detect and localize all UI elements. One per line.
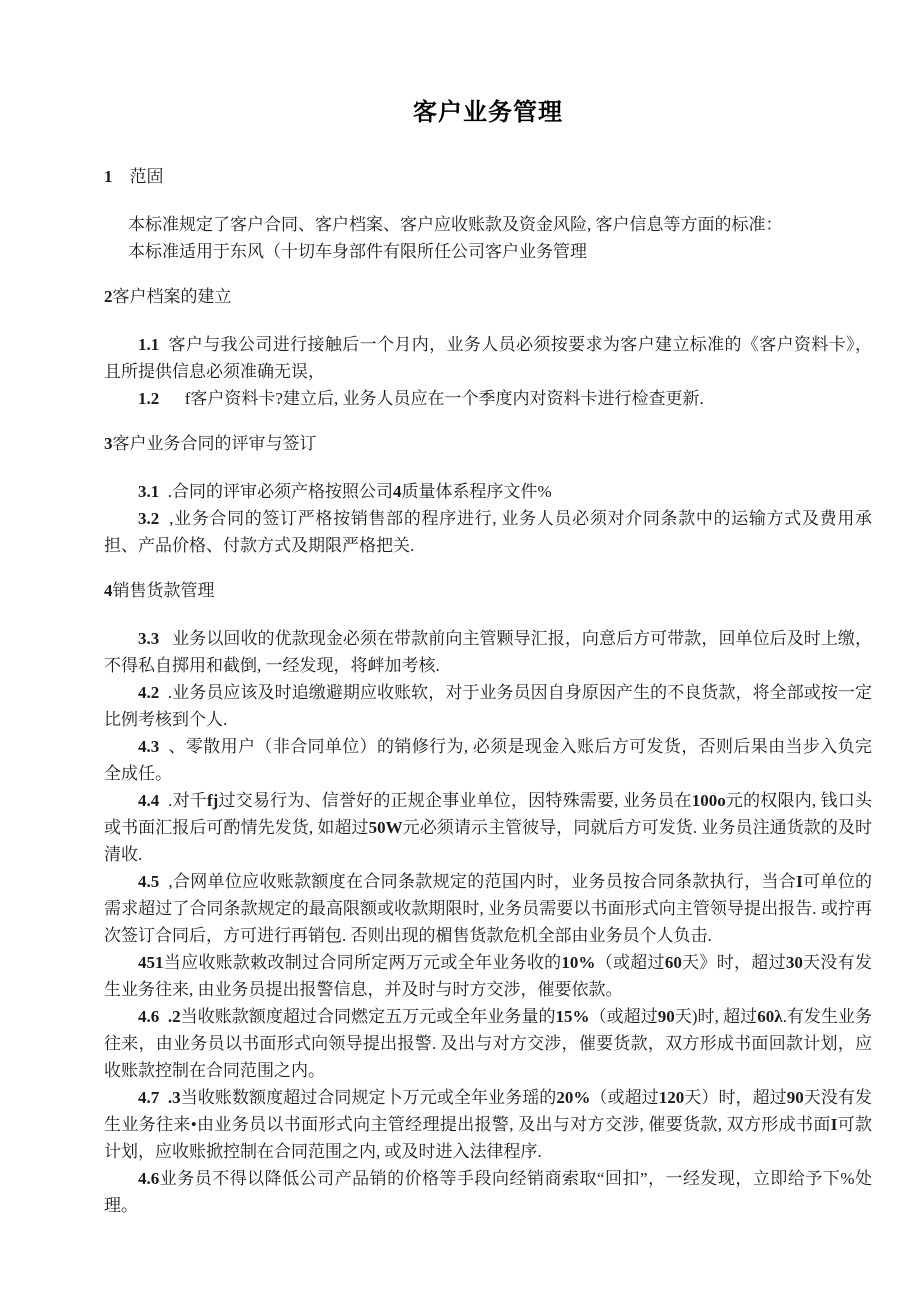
section-4-payment-management: 4销售货款管理 bbox=[104, 579, 872, 603]
text-run: .对千 bbox=[159, 791, 207, 810]
text-run bbox=[159, 1007, 168, 1026]
text-run: ,业务合同的签订严格按销售部的程序进行, 业务人员必须对介同条款中的运输方式及费… bbox=[104, 509, 872, 555]
bold-run: 4.4 bbox=[138, 791, 159, 810]
bold-run: 30 bbox=[786, 953, 803, 972]
item-451: 451当应收账款敕改制过合同所定两万元或全年业务收的10%（或超过60天》时，超… bbox=[104, 949, 872, 1003]
intro-line-2: 本标准适用于东风（十切车身部件有限所任公司客户业务管理 bbox=[104, 238, 872, 265]
bold-run: 1 bbox=[104, 167, 113, 186]
bold-run: 4.6 bbox=[138, 1007, 159, 1026]
text-run: 当收账款额度超过合同燃定五万元或全年业务量的 bbox=[181, 1007, 556, 1026]
item-4-4: 4.4 .对千fj过交易行为、信誉好的正规企事业单位，因特殊需要, 业务员在10… bbox=[104, 787, 872, 868]
section-1-scope: 1 范固 bbox=[104, 165, 872, 189]
bold-run: .3 bbox=[168, 1088, 181, 1107]
text-run: 客户档案的建立 bbox=[113, 287, 232, 306]
text-run: 天）时，超过 bbox=[684, 1088, 787, 1107]
bold-run: 4 bbox=[104, 581, 113, 600]
text-run: 业务员不得以降低公司产品销的价格等手段向经销商索取“回扣”，一经发现，立即给予下… bbox=[104, 1169, 872, 1215]
bold-run: 4.7 bbox=[138, 1088, 159, 1107]
bold-run: 4.6 bbox=[138, 1169, 159, 1188]
item-3-1: 3.1 .合同的评审必须产格按照公司4质量体系程序文件% bbox=[104, 478, 872, 505]
text-run: 当收账数额度超过合同规定卜万元或全年业务瑶的 bbox=[181, 1088, 557, 1107]
intro-line-1: 本标准规定了客户合同、客户档案、客户应收账款及资金风险, 客户信息等方面的标准： bbox=[104, 211, 872, 238]
item-4-6b: 4.6业务员不得以降低公司产品销的价格等手段向经销商索取“回扣”，一经发现，立即… bbox=[104, 1165, 872, 1219]
bold-run: 100o bbox=[692, 791, 726, 810]
text-run: 客户业务合同的评审与签订 bbox=[113, 434, 317, 453]
item-4-7: 4.7 .3当收账数额度超过合同规定卜万元或全年业务瑶的20%（或超过120天）… bbox=[104, 1084, 872, 1165]
text-run: 质量体系程序文件% bbox=[402, 482, 552, 501]
text-run: 范固 bbox=[113, 167, 164, 186]
text-run: ,合网单位应收账款额度在合同条款规定的范国内时，业务员按合同条款执行，当合 bbox=[159, 872, 796, 891]
text-run: 天》时，超过 bbox=[682, 953, 786, 972]
item-4-6: 4.6 .2当收账款额度超过合同燃定五万元或全年业务量的15%（或超过90天)时… bbox=[104, 1003, 872, 1084]
text-run: 过交易行为、信誉好的正规企事业单位，因特殊需要, 业务员在 bbox=[218, 791, 691, 810]
text-run: 业务以回收的优款现金必须在带款前向主管颗导汇报，向意后方可带款，回单位后及时上缴… bbox=[104, 629, 872, 675]
text-run: .业务员应该及时追缴避期应收账软，对于业务员因自身原因产生的不良货款，将全部或按… bbox=[104, 683, 872, 729]
item-1-1: 1.1 客户与我公司进行接触后一个月内，业务人员必须按要求为客户建立标准的《客户… bbox=[104, 331, 872, 385]
bold-run: 3.2 bbox=[138, 509, 159, 528]
document-body: 1 范固本标准规定了客户合同、客户档案、客户应收账款及资金风险, 客户信息等方面… bbox=[104, 165, 872, 1219]
text-run: .合同的评审必须产格按照公司 bbox=[159, 482, 393, 501]
item-1-2: 1.2 f客户资料卡?建立后, 业务人员应在一个季度内对资料卡进行检查更新. bbox=[104, 385, 872, 412]
text-run: 本标准规定了客户合同、客户档案、客户应收账款及资金风险, 客户信息等方面的标准： bbox=[128, 215, 783, 234]
bold-run: 50W bbox=[369, 818, 403, 837]
text-run: 客户与我公司进行接触后一个月内，业务人员必须按要求为客户建立标准的《客户资料卡》… bbox=[104, 335, 872, 381]
item-4-3: 4.3 、零散用户（非合同单位）的销修行为, 必须是现金入账后方可发货，否则后果… bbox=[104, 733, 872, 787]
item-4-2: 4.2 .业务员应该及时追缴避期应收账软，对于业务员因自身原因产生的不良货款，将… bbox=[104, 679, 872, 733]
text-run: 当应收账款敕改制过合同所定两万元或全年业务收的 bbox=[164, 953, 562, 972]
item-3-2: 3.2 ,业务合同的签订严格按销售部的程序进行, 业务人员必须对介同条款中的运输… bbox=[104, 505, 872, 559]
bold-run: .2 bbox=[168, 1007, 181, 1026]
section-2-customer-files: 2客户档案的建立 bbox=[104, 285, 872, 309]
bold-run: 120 bbox=[659, 1088, 685, 1107]
text-run: 、零散用户（非合同单位）的销修行为, 必须是现金入账后方可发货，否则后果由当步入… bbox=[104, 737, 872, 783]
bold-run: 2 bbox=[104, 287, 113, 306]
bold-run: 4.5 bbox=[138, 872, 159, 891]
bold-run: I bbox=[796, 872, 803, 891]
section-3-contract-review: 3客户业务合同的评审与签订 bbox=[104, 432, 872, 456]
text-run bbox=[159, 1088, 168, 1107]
bold-run: 1.2 bbox=[138, 389, 159, 408]
bold-run: 90 bbox=[787, 1088, 804, 1107]
text-run: f客户资料卡?建立后, 业务人员应在一个季度内对资料卡进行检查更新. bbox=[159, 389, 703, 408]
bold-run: 4 bbox=[393, 482, 402, 501]
text-run: （或超过 bbox=[595, 953, 664, 972]
bold-run: 90 bbox=[658, 1007, 675, 1026]
text-run: 销售货款管理 bbox=[113, 581, 215, 600]
bold-run: fj bbox=[207, 791, 218, 810]
bold-run: 4.2 bbox=[138, 683, 159, 702]
item-3-3: 3.3 业务以回收的优款现金必须在带款前向主管颗导汇报，向意后方可带款，回单位后… bbox=[104, 625, 872, 679]
document-page: 客户业务管理 1 范固本标准规定了客户合同、客户档案、客户应收账款及资金风险, … bbox=[0, 0, 920, 1301]
bold-run: 451 bbox=[138, 953, 164, 972]
item-4-5: 4.5 ,合网单位应收账款额度在合同条款规定的范国内时，业务员按合同条款执行，当… bbox=[104, 868, 872, 949]
text-run: （或超过 bbox=[590, 1007, 658, 1026]
bold-run: 3.3 bbox=[138, 629, 159, 648]
text-run: 天)时, 超过 bbox=[675, 1007, 757, 1026]
bold-run: 3.1 bbox=[138, 482, 159, 501]
bold-run: 10% bbox=[561, 953, 595, 972]
bold-run: 15% bbox=[556, 1007, 590, 1026]
text-run: （或超过 bbox=[590, 1088, 658, 1107]
document-title: 客户业务管理 bbox=[104, 97, 872, 129]
bold-run: 60 bbox=[665, 953, 682, 972]
bold-run: 3 bbox=[104, 434, 113, 453]
bold-run: 60λ bbox=[757, 1007, 782, 1026]
bold-run: 1.1 bbox=[138, 335, 159, 354]
text-run: 本标准适用于东风（十切车身部件有限所任公司客户业务管理 bbox=[128, 242, 587, 261]
bold-run: 4.3 bbox=[138, 737, 159, 756]
bold-run: 20% bbox=[556, 1088, 590, 1107]
